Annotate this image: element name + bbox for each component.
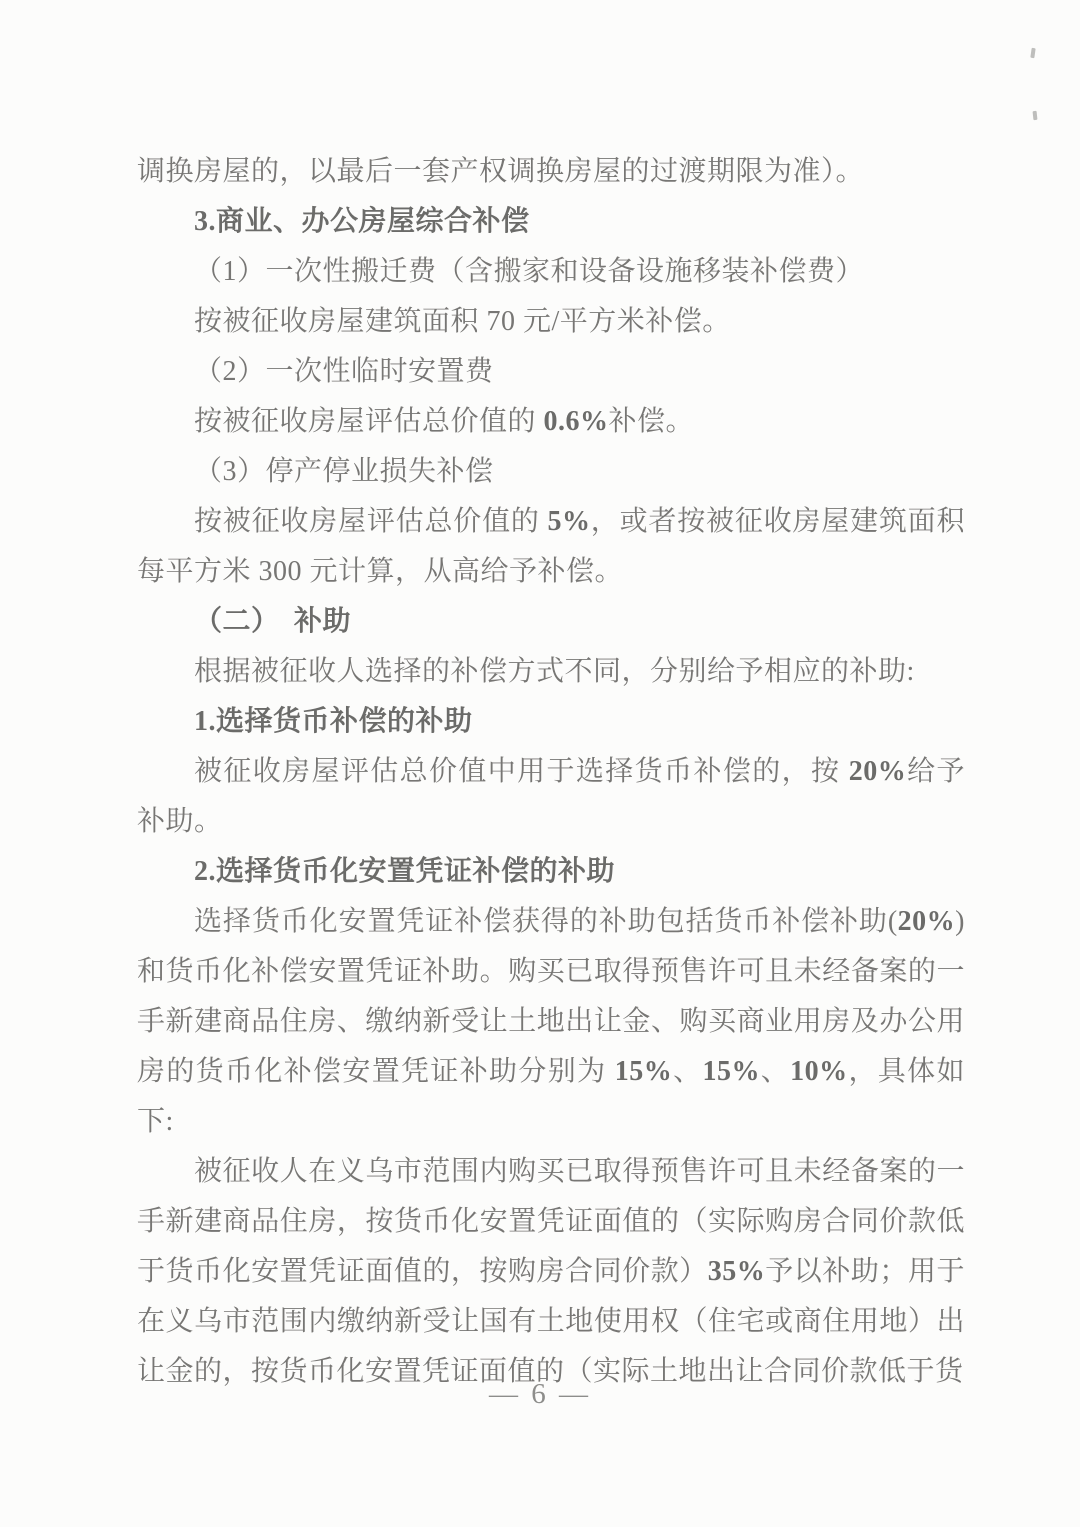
- text-segment: 根据被征收人选择的补偿方式不同，分别给予相应的补助:: [194, 656, 915, 687]
- body-paragraph: 选择货币化安置凭证补偿获得的补助包括货币补偿补助(20%)和货币化补偿安置凭证补…: [137, 897, 965, 1147]
- bold-text-segment: 15%: [615, 1056, 673, 1087]
- bold-text-segment: 20%: [849, 756, 907, 787]
- text-segment: 被征收房屋评估总价值中用于选择货币补偿的，按: [194, 756, 849, 787]
- heading-paragraph: 3.商业、办公房屋综合补偿: [137, 197, 965, 247]
- text-segment: 调换房屋的，以最后一套产权调换房屋的过渡期限为准）。: [137, 156, 864, 187]
- body-paragraph: 按被征收房屋评估总价值的 5%，或者按被征收房屋建筑面积每平方米 300 元计算…: [137, 497, 965, 597]
- bold-text-segment: 0.6%: [544, 406, 609, 437]
- body-paragraph: 调换房屋的，以最后一套产权调换房屋的过渡期限为准）。: [137, 147, 965, 197]
- body-paragraph: 按被征收房屋评估总价值的 0.6%补偿。: [137, 397, 965, 447]
- text-segment: 按被征收房屋评估总价值的: [194, 506, 548, 537]
- bold-text-segment: 35%: [708, 1256, 766, 1287]
- body-paragraph: （3）停产停业损失补偿: [137, 447, 965, 497]
- heading-paragraph: （二） 补助: [137, 597, 965, 647]
- body-paragraph: 被征收房屋评估总价值中用于选择货币补偿的，按 20%给予补助。: [137, 747, 965, 847]
- page-number-footer: — 6 —: [0, 1378, 1080, 1411]
- text-segment: 按被征收房屋评估总价值的: [194, 406, 544, 437]
- bold-text-segment: 20%: [898, 906, 956, 937]
- bold-text-segment: 3.商业、办公房屋综合补偿: [194, 206, 530, 237]
- body-paragraph: （2）一次性临时安置费: [137, 347, 965, 397]
- text-segment: （3）停产停业损失补偿: [194, 456, 494, 487]
- body-paragraph: 被征收人在义乌市范围内购买已取得预售许可且未经备案的一手新建商品住房，按货币化安…: [137, 1147, 965, 1397]
- bold-text-segment: 1.选择货币补偿的补助: [194, 706, 473, 737]
- bold-text-segment: 2.选择货币化安置凭证补偿的补助: [194, 856, 615, 887]
- heading-paragraph: 2.选择货币化安置凭证补偿的补助: [137, 847, 965, 897]
- bold-text-segment: 10%: [790, 1056, 848, 1087]
- text-segment: （2）一次性临时安置费: [194, 356, 494, 387]
- bold-text-segment: 5%: [548, 506, 591, 537]
- body-paragraph: 根据被征收人选择的补偿方式不同，分别给予相应的补助:: [137, 647, 965, 697]
- text-segment: 选择货币化安置凭证补偿获得的补助包括货币补偿补助(: [194, 906, 898, 937]
- text-segment: 按被征收房屋建筑面积 70 元/平方米补偿。: [194, 306, 731, 337]
- scan-artifact: [1033, 111, 1038, 120]
- text-segment: 、: [672, 1056, 702, 1087]
- document-page: 调换房屋的，以最后一套产权调换房屋的过渡期限为准）。3.商业、办公房屋综合补偿（…: [0, 0, 1080, 1527]
- bold-text-segment: （二） 补助: [194, 606, 351, 637]
- body-paragraph: 按被征收房屋建筑面积 70 元/平方米补偿。: [137, 297, 965, 347]
- text-segment: （1）一次性搬迁费（含搬家和设备设施移装补偿费）: [194, 256, 864, 287]
- scan-artifact: [1030, 48, 1035, 58]
- bold-text-segment: 15%: [702, 1056, 760, 1087]
- heading-paragraph: 1.选择货币补偿的补助: [137, 697, 965, 747]
- body-paragraph: （1）一次性搬迁费（含搬家和设备设施移装补偿费）: [137, 247, 965, 297]
- text-segment: 、: [760, 1056, 790, 1087]
- text-segment: 补偿。: [609, 406, 695, 437]
- document-body: 调换房屋的，以最后一套产权调换房屋的过渡期限为准）。3.商业、办公房屋综合补偿（…: [137, 147, 965, 1397]
